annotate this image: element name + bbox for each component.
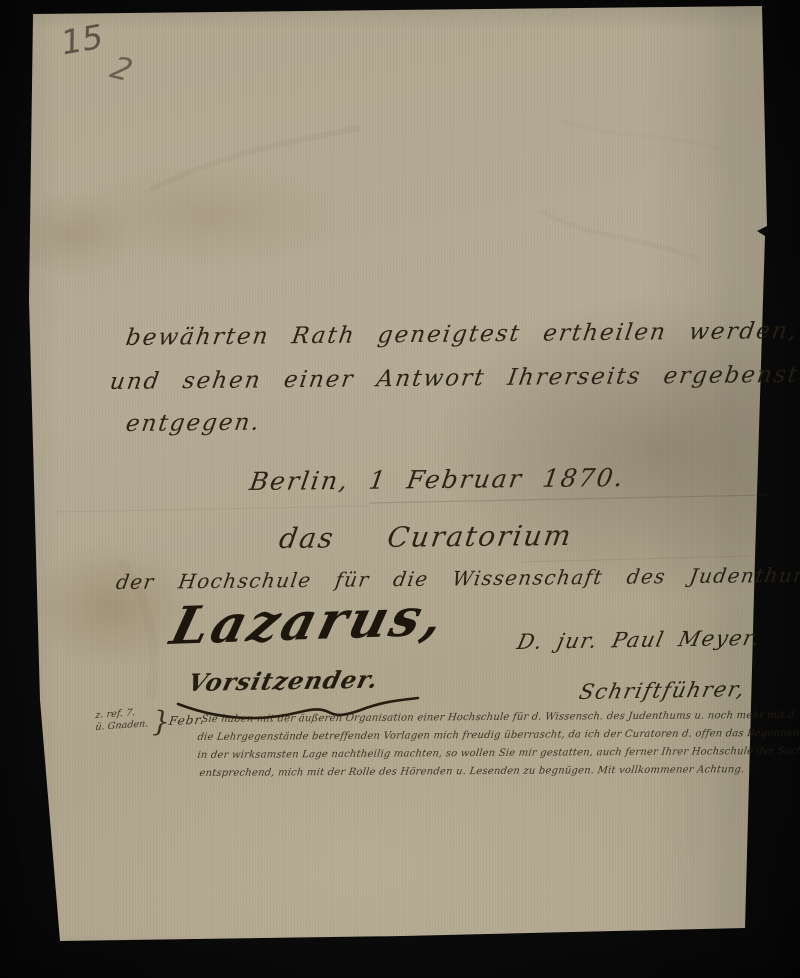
dateline: Berlin, 1 Februar 1870.: [248, 463, 627, 496]
margin-note-line-2: ü. Gnaden.: [95, 718, 149, 733]
margin-note-brace: }: [152, 705, 170, 738]
issuer-line-1: das Curatorium: [277, 519, 575, 555]
scanned-photo-background: 15 2 bewährten Rath geneigtest ertheilen…: [0, 0, 800, 978]
signature-right-title: Schriftführer,: [577, 677, 748, 704]
signature-right-name: D. jur. Paul Meyer.: [515, 626, 763, 654]
signature-left-name: Lazarus,: [165, 587, 453, 657]
signature-left-title: Vorsitzender.: [185, 665, 382, 697]
margin-note: z. ref. 7. ü. Gnaden.: [96, 710, 148, 733]
body-line-3: entgegen.: [124, 410, 263, 437]
archival-page-number: 15: [58, 17, 106, 63]
